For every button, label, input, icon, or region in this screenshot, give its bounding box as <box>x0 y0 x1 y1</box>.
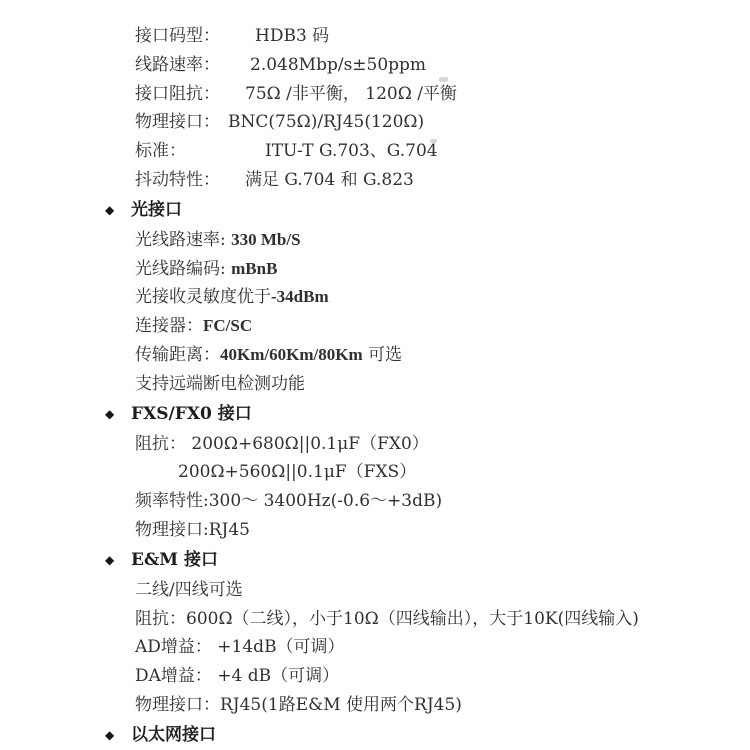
spec-text-segment: 二线/四线可选 <box>135 580 243 600</box>
spec-line: DA增益： +4 dB（可调） <box>135 662 720 691</box>
spec-line: 标准：ITU-T G.703、G.704 <box>135 137 720 166</box>
section-title: 以太网接口 <box>131 725 216 745</box>
spec-text-segment: 支持远端断电检测功能 <box>135 374 305 394</box>
section-title: E&M 接口 <box>131 550 218 570</box>
spec-text-segment: DA增益： +4 dB（可调） <box>135 666 339 686</box>
spec-value: 满足 G.704 和 G.823 <box>245 170 414 190</box>
section-heading: ◆E&M 接口 <box>105 545 720 576</box>
spec-text-segment: 物理接口:RJ45 <box>135 520 250 540</box>
spec-line: 连接器：FC/SC <box>135 312 720 341</box>
spec-line: 接口阻抗：75Ω /非平衡， 120Ω /平衡 <box>135 80 720 109</box>
spec-text-segment: 200Ω+560Ω||0.1μF（FXS） <box>178 462 416 482</box>
spec-label: 线路速率： <box>135 51 250 80</box>
spec-value: 2.048Mbp/s±50ppm <box>250 55 426 75</box>
spec-line: AD增益： +14dB（可调） <box>135 633 720 662</box>
spec-line: 物理接口：BNC(75Ω)/RJ45(120Ω) <box>135 108 720 137</box>
spec-text-segment: 频率特性:300～ 3400Hz(-0.6～+3dB) <box>135 491 442 511</box>
spec-text-segment: 可选 <box>363 345 402 365</box>
spec-text-segment: 阻抗：600Ω（二线），小于10Ω（四线输出），大于10K(四线输入) <box>135 609 639 629</box>
section-title: FXS/FX0 接口 <box>131 404 252 424</box>
spec-line: 光线路编码: mBnB <box>135 255 720 284</box>
spec-value: 75Ω /非平衡， 120Ω /平衡 <box>245 84 457 104</box>
spec-line: 二线/四线可选 <box>135 576 720 605</box>
spec-text-segment: 阻抗： 200Ω+680Ω||0.1μF（FX0） <box>135 434 429 454</box>
spec-line: 抖动特性：满足 G.704 和 G.823 <box>135 166 720 195</box>
spec-text-segment: 连接器： <box>135 316 203 336</box>
spec-text-segment: 光线路编码: <box>135 259 231 279</box>
spec-line: 线路速率：2.048Mbp/s±50ppm <box>135 51 720 80</box>
spec-text-segment: 光接收灵敏度优于 <box>135 287 271 307</box>
section-title: 光接口 <box>131 200 182 220</box>
diamond-bullet-icon: ◆ <box>105 720 131 750</box>
document-body: 接口码型：HDB3 码线路速率：2.048Mbp/s±50ppm接口阻抗：75Ω… <box>0 0 750 750</box>
spec-label: 抖动特性： <box>135 166 245 195</box>
spec-text-segment: -34dBm <box>271 287 329 306</box>
spec-label: 标准： <box>135 137 265 166</box>
spec-value: ITU-T G.703、G.704 <box>265 141 438 161</box>
diamond-bullet-icon: ◆ <box>105 545 131 576</box>
spec-text-segment: 330 Mb/S <box>231 230 300 249</box>
spec-line: 接口码型：HDB3 码 <box>135 22 720 51</box>
spec-line: 200Ω+560Ω||0.1μF（FXS） <box>178 458 720 487</box>
section-heading: ◆以太网接口 <box>105 720 720 750</box>
spec-value: BNC(75Ω)/RJ45(120Ω) <box>228 112 424 132</box>
spec-text-segment: 物理接口：RJ45(1路E&M 使用两个RJ45) <box>135 695 462 715</box>
spec-line: 光线路速率: 330 Mb/S <box>135 226 720 255</box>
spec-line: 光接收灵敏度优于-34dBm <box>135 283 720 312</box>
diamond-bullet-icon: ◆ <box>105 195 131 226</box>
diamond-bullet-icon: ◆ <box>105 399 131 430</box>
spec-value: HDB3 码 <box>255 26 329 46</box>
spec-text-segment: AD增益： +14dB（可调） <box>135 637 345 657</box>
spec-line: 阻抗： 200Ω+680Ω||0.1μF（FX0） <box>135 430 720 459</box>
spec-text-segment: 传输距离： <box>135 345 220 365</box>
scan-smudge <box>430 139 437 143</box>
spec-text-segment: 光线路速率: <box>135 230 231 250</box>
spec-text-segment: mBnB <box>231 259 277 278</box>
spec-line: 阻抗：600Ω（二线），小于10Ω（四线输出），大于10K(四线输入) <box>135 605 720 634</box>
page: { "page": { "background": "#ffffff", "te… <box>0 0 750 750</box>
spec-text-segment: FC/SC <box>203 316 252 335</box>
spec-line: 物理接口：RJ45(1路E&M 使用两个RJ45) <box>135 691 720 720</box>
spec-line: 传输距离：40Km/60Km/80Km 可选 <box>135 341 720 370</box>
spec-label: 接口阻抗： <box>135 80 245 109</box>
spec-label: 接口码型： <box>135 22 255 51</box>
spec-line: 物理接口:RJ45 <box>135 516 720 545</box>
spec-line: 支持远端断电检测功能 <box>135 370 720 399</box>
spec-text-segment: 40Km/60Km/80Km <box>220 345 363 364</box>
scan-smudge <box>439 77 448 82</box>
spec-line: 频率特性:300～ 3400Hz(-0.6～+3dB) <box>135 487 720 516</box>
spec-label: 物理接口： <box>135 108 228 137</box>
section-heading: ◆光接口 <box>105 195 720 226</box>
section-heading: ◆FXS/FX0 接口 <box>105 399 720 430</box>
